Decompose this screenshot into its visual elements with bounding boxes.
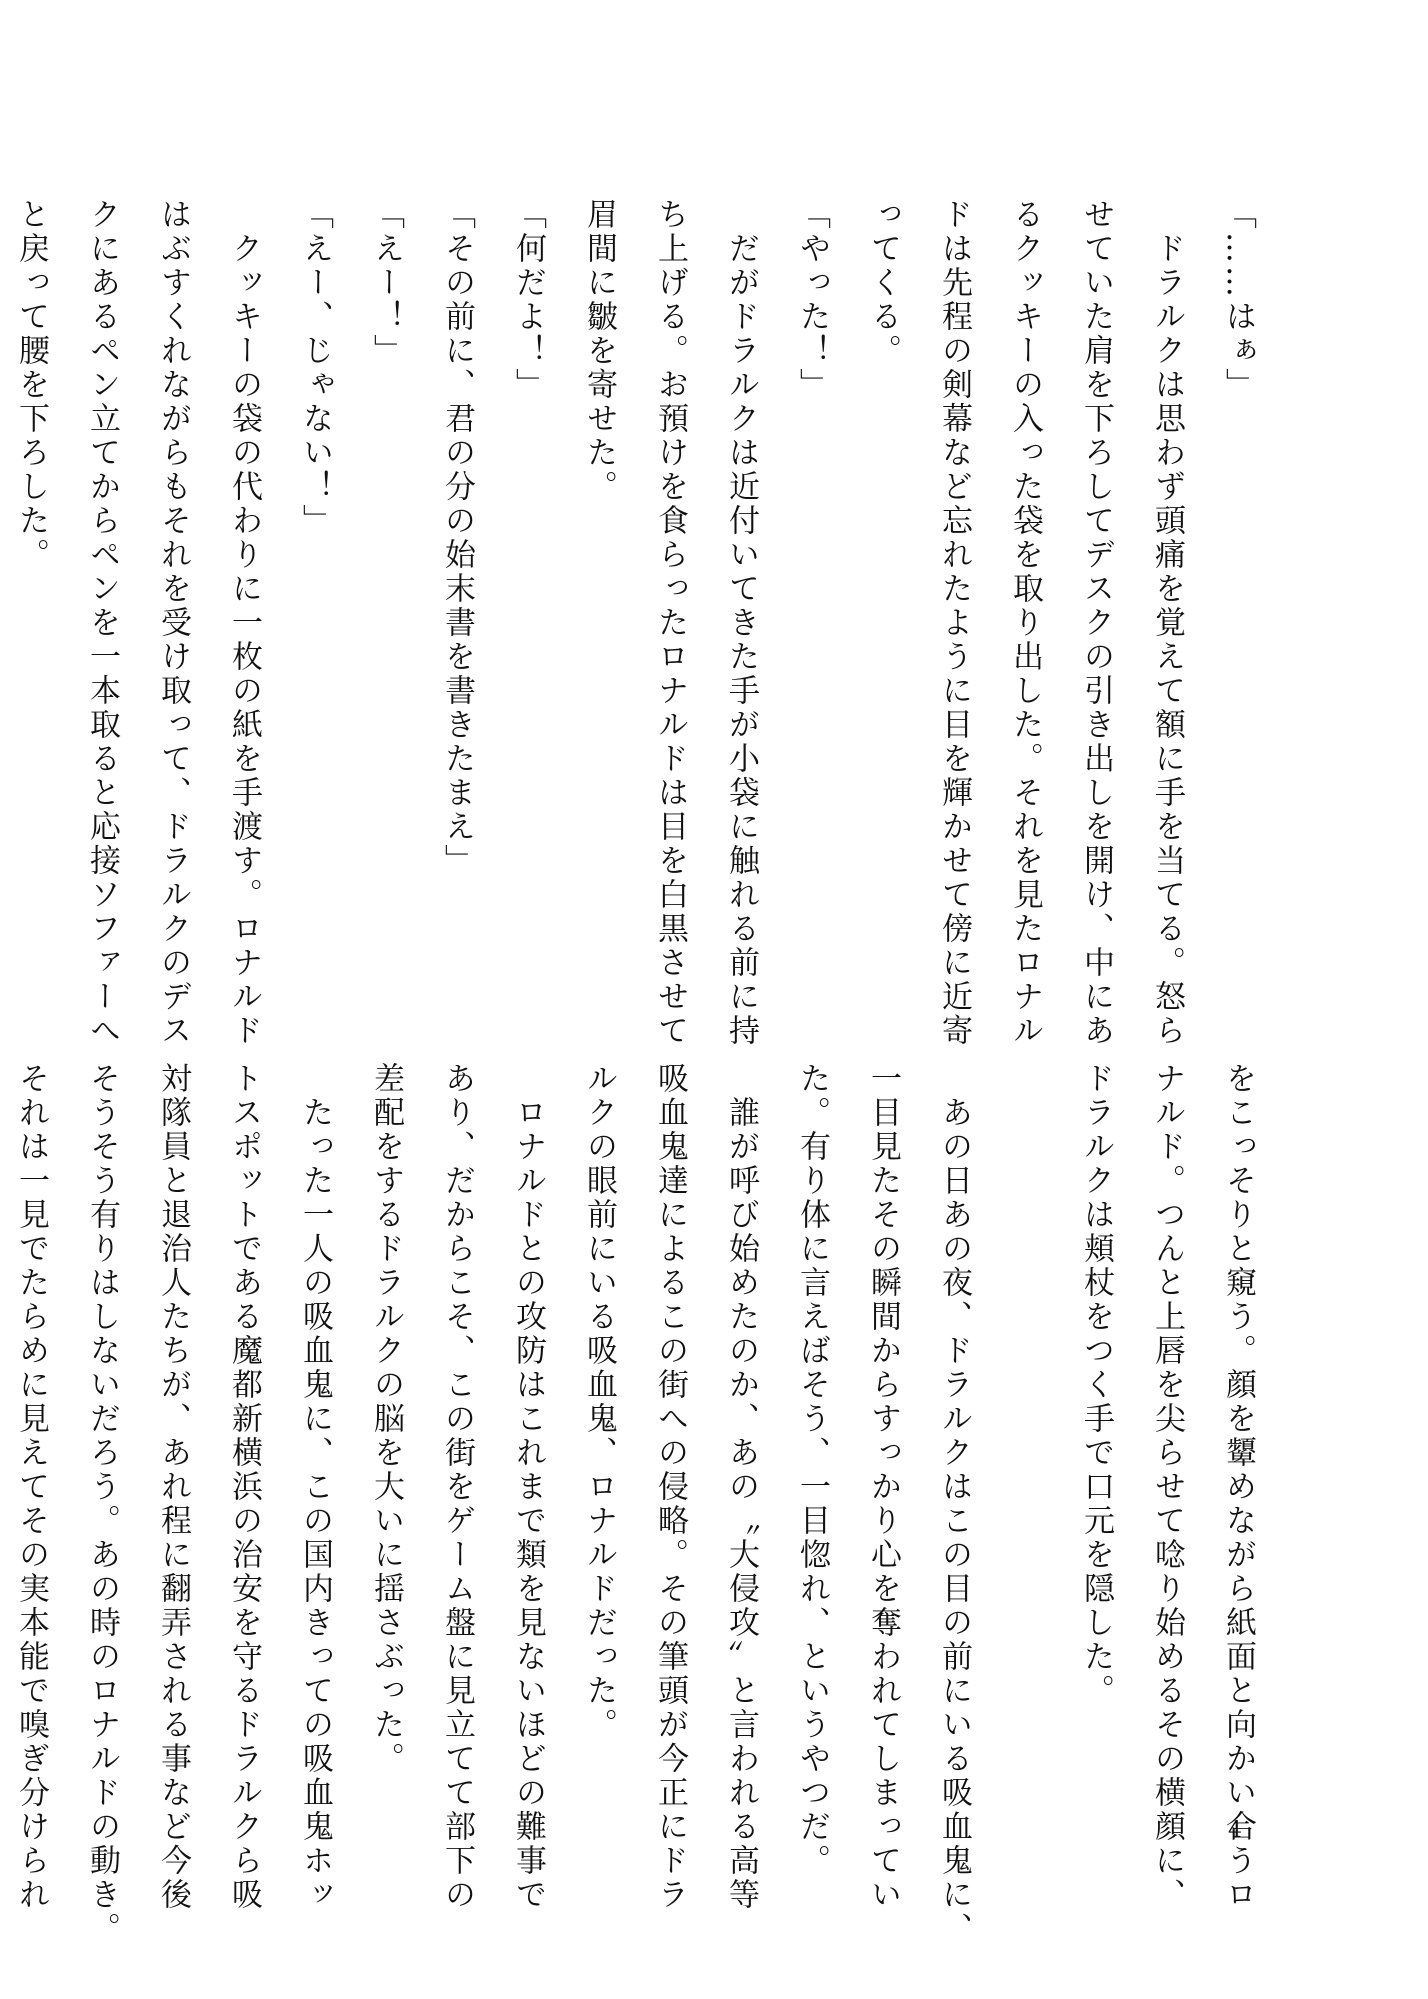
text-line: 吸血鬼達によるこの街への侵略。その筆頭が今正にドラ	[634, 1062, 705, 1782]
text-line: ドは先程の剣幕など忘れたように目を輝かせて傍に近寄	[918, 198, 989, 918]
text-line: ナルド。つんと上唇を尖らせて唸り始めるその横顔に、	[1131, 1062, 1202, 1782]
text-line: 一目見たその瞬間からすっかり心を奪われてしまってい	[847, 1062, 918, 1782]
text-line: トスポットである魔都新横浜の治安を守るドラルクら吸	[208, 1062, 279, 1782]
text-line: をこっそりと窺う。顔を顰めながら紙面と向かい合うロ	[1202, 1062, 1273, 1782]
text-line: 「……はぁ」	[1202, 198, 1273, 918]
text-line: そうそう有りはしないだろう。あの時のロナルドの動き。	[66, 1062, 137, 1782]
text-line: ち上げる。お預けを食らったロナルドは目を白黒させて	[634, 198, 705, 918]
text-line: たった一人の吸血鬼に、この国内きっての吸血鬼ホッ	[279, 1062, 350, 1782]
text-line: 眉間に皺を寄せた。	[563, 198, 634, 918]
text-line: ってくる。	[847, 198, 918, 918]
text-line: ドラルクは思わず頭痛を覚えて額に手を当てる。怒ら	[1131, 198, 1202, 918]
text-line: 「えー！」	[350, 198, 421, 918]
blank-line	[989, 1062, 1060, 1782]
document-page: 「……はぁ」 ドラルクは思わず頭痛を覚えて額に手を当てる。怒ら せていた肩を下ろ…	[0, 0, 1428, 1999]
text-line: 「何だよ！」	[492, 198, 563, 918]
text-line: クにあるペン立てからペンを一本取ると応接ソファーへ	[66, 198, 137, 918]
text-line: クッキーの袋の代わりに一枚の紙を手渡す。ロナルド	[208, 198, 279, 918]
text-line: と戻って腰を下ろした。	[0, 198, 66, 918]
text-line: た。有り体に言えばそう、一目惚れ、というやつだ。	[776, 1062, 847, 1782]
text-line: ロナルドとの攻防はこれまで類を見ないほどの難事で	[492, 1062, 563, 1782]
text-line: 「えー、じゃない！」	[279, 198, 350, 918]
text-line: 「やった！」	[776, 198, 847, 918]
text-line: はぶすくれながらもそれを受け取って、ドラルクのデス	[137, 198, 208, 918]
text-line: あり、だからこそ、この街をゲーム盤に見立てて部下の	[421, 1062, 492, 1782]
text-block-upper: 「……はぁ」 ドラルクは思わず頭痛を覚えて額に手を当てる。怒ら せていた肩を下ろ…	[223, 198, 1273, 918]
text-line: ルクの眼前にいる吸血鬼、ロナルドだった。	[563, 1062, 634, 1782]
text-line: 誰が呼び始めたのか、あの〝大侵攻〟と言われる高等	[705, 1062, 776, 1782]
text-line: 「その前に、君の分の始末書を書きたまえ」	[421, 198, 492, 918]
text-line: 差配をするドラルクの脳を大いに揺さぶった。	[350, 1062, 421, 1782]
text-line: ドラルクは頬杖をつく手で口元を隠した。	[1060, 1062, 1131, 1782]
text-line: せていた肩を下ろしてデスクの引き出しを開け、中にあ	[1060, 198, 1131, 918]
text-line: 対隊員と退治人たちが、あれ程に翻弄される事など今後	[137, 1062, 208, 1782]
text-line: るクッキーの入った袋を取り出した。それを見たロナル	[989, 198, 1060, 918]
text-line: だがドラルクは近付いてきた手が小袋に触れる前に持	[705, 198, 776, 918]
text-line: それは一見でたらめに見えてその実本能で嗅ぎ分けられ	[0, 1062, 66, 1782]
text-line: あの日あの夜、ドラルクはこの目の前にいる吸血鬼に、	[918, 1062, 989, 1782]
text-block-lower: をこっそりと窺う。顔を顰めながら紙面と向かい合うロ ナルド。つんと上唇を尖らせて…	[223, 1062, 1273, 1782]
page-number: 4	[1228, 1818, 1242, 1843]
